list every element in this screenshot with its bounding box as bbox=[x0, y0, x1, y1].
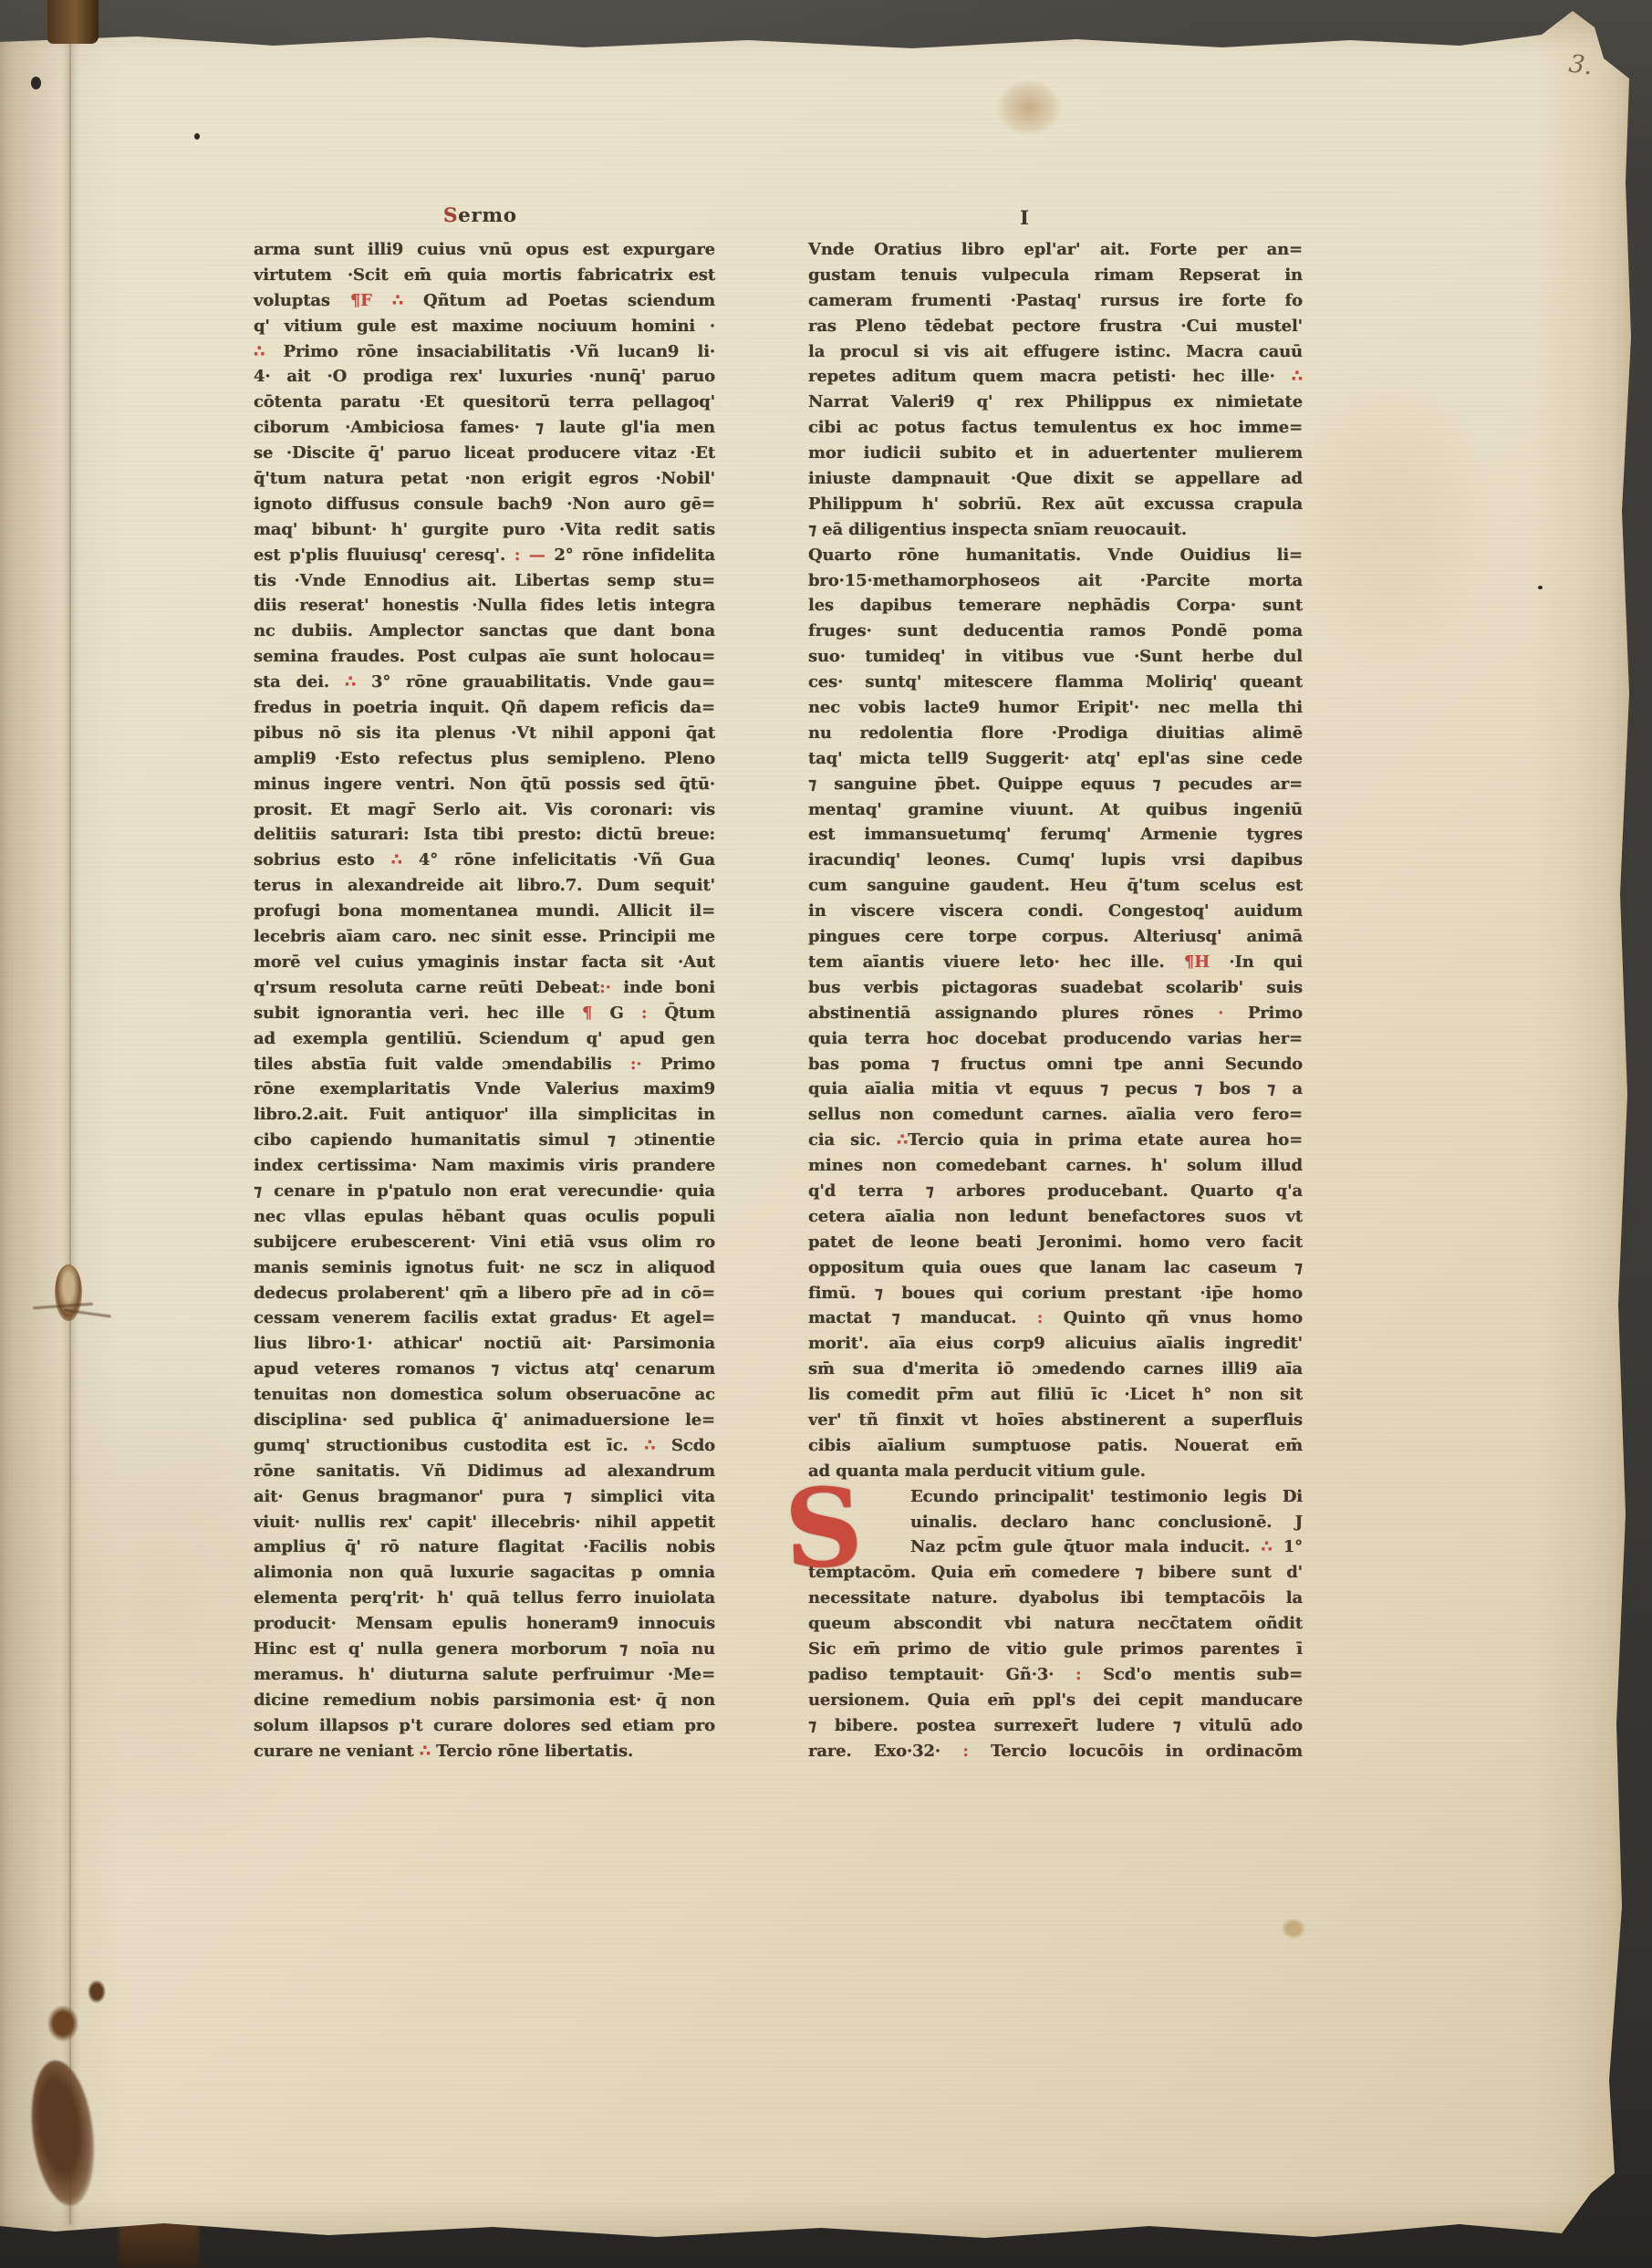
text-segment: ⁊ cenare in p'patulo non erat verecundie… bbox=[254, 1181, 715, 1201]
text-segment: 4° rōne infelicitatis ·Vñ Gua bbox=[402, 850, 715, 869]
text-segment: fruges· sunt deducentia ramos Pondē poma bbox=[808, 621, 1303, 640]
text-segment: bro·15·methamorphoseos ait ·Parcite mort… bbox=[808, 571, 1303, 590]
text-segment: tem aīantis viuere leto· hec ille. bbox=[808, 952, 1184, 972]
text-line: queum abscondit vbi natura necc̄tatem oñ… bbox=[808, 1611, 1303, 1637]
text-segment: pingues cere torpe corpus. Alteriusq' an… bbox=[808, 927, 1303, 946]
text-segment: necessitate nature. dyabolus ibi temptac… bbox=[808, 1588, 1303, 1607]
binding-crease bbox=[69, 38, 71, 2224]
text-segment: : — bbox=[514, 546, 545, 565]
text-line: ampli9 ·Esto refectus plus semipleno. Pl… bbox=[254, 746, 715, 772]
running-head-sermo: Sermo bbox=[443, 204, 517, 227]
text-line: delitiis saturari: Ista tibi presto: dic… bbox=[254, 822, 715, 848]
text-column-right: S Vnde Oratius libro epl'ar' ait. Forte … bbox=[808, 237, 1303, 1763]
text-segment: ∴ bbox=[391, 850, 402, 869]
text-segment: ad exempla gentiliū. Sciendum q' apud ge… bbox=[254, 1029, 715, 1048]
text-segment: cetera aīalia non ledunt benefactores su… bbox=[808, 1207, 1303, 1226]
text-line: producit· Mensam epulis honeram9 innocui… bbox=[254, 1611, 715, 1637]
text-segment: Quarto rōne humanitatis. Vnde Ouidius li… bbox=[808, 546, 1303, 565]
text-line: viuit· nullis rex' capit' illecebris· ni… bbox=[254, 1510, 715, 1535]
text-segment: quia terra hoc docebat producendo varias… bbox=[808, 1029, 1303, 1048]
text-segment: q'rsum resoluta carne reūti Debeat bbox=[254, 978, 599, 997]
text-line: ∴ Primo rōne insaciabilitatis ·Vñ lucan9… bbox=[254, 339, 715, 365]
text-segment: profugi bona momentanea mundi. Allicit i… bbox=[254, 901, 715, 921]
text-line: morit'. aīa eius corp9 alicuius aīalis i… bbox=[808, 1331, 1303, 1357]
text-line: est p'plis fluuiusq' ceresq'. : — 2° rōn… bbox=[254, 543, 715, 568]
text-line: les dapibus temerare nephādis Corpa· sun… bbox=[808, 593, 1303, 619]
text-line: ad exempla gentiliū. Sciendum q' apud ge… bbox=[254, 1026, 715, 1052]
text-line: manis seminis ignotus fuit· ne scz in al… bbox=[254, 1255, 715, 1281]
text-segment: Primo bbox=[642, 1055, 716, 1074]
text-line: elementa perq'rit· h' quā tellus ferro i… bbox=[254, 1586, 715, 1611]
text-line: necessitate nature. dyabolus ibi temptac… bbox=[808, 1586, 1303, 1611]
text-segment: abstinentiā assignando plures rōnes bbox=[808, 1004, 1218, 1023]
text-segment: sm̄ sua d'merita iō ɔmedendo carnes illi… bbox=[808, 1359, 1303, 1378]
text-segment: ∴ bbox=[1261, 1537, 1272, 1556]
text-segment: nu redolentia flore ·Prodiga diuitias al… bbox=[808, 723, 1303, 743]
text-segment: oppositum quia oues que lanam lac caseum… bbox=[808, 1258, 1303, 1277]
foxing-spot bbox=[1282, 1919, 1305, 1939]
text-line: iracundiq' leones. Cumq' lupis vrsi dapi… bbox=[808, 848, 1303, 873]
text-segment: ampli9 ·Esto refectus plus semipleno. Pl… bbox=[254, 749, 715, 768]
text-line: prosit. Et magr̄ Serlo ait. Vis coronari… bbox=[254, 797, 715, 823]
text-segment: :· bbox=[630, 1055, 642, 1074]
text-line: pibus nō sis ita plenus ·Vt nihil apponi… bbox=[254, 721, 715, 746]
text-line: uinalis. declaro hanc conclusionē. J bbox=[808, 1510, 1303, 1535]
text-line: ⁊ cenare in p'patulo non erat verecundie… bbox=[254, 1179, 715, 1204]
text-segment: Primo bbox=[1223, 1004, 1303, 1023]
text-line: iniuste dampnauit ·Que dixit se appellar… bbox=[808, 466, 1303, 492]
text-segment: dedecus prolaberent' qm̄ a libero pr̄e a… bbox=[254, 1284, 715, 1303]
text-segment: lecebris aīam caro. nec sinit esse. Prin… bbox=[254, 927, 715, 946]
text-segment: q'd terra ⁊ arbores producebant. Quarto … bbox=[808, 1181, 1303, 1201]
text-line: semina fraudes. Post culpas aīe sunt hol… bbox=[254, 644, 715, 670]
text-segment: 1° bbox=[1273, 1537, 1303, 1556]
text-line: cibo capiendo humanitatis simul ⁊ ɔtinen… bbox=[254, 1128, 715, 1153]
text-line: ignoto diffusus consule bach9 ·Non auro … bbox=[254, 492, 715, 517]
text-segment: terus in alexandreide ait libro.7. Dum s… bbox=[254, 876, 715, 895]
gutter-stain bbox=[47, 2005, 78, 2042]
text-segment: patet de leone beati Jeronimi. homo vero… bbox=[808, 1233, 1303, 1252]
text-line: suo· tumideq' in vitibus vue ·Sunt herbe… bbox=[808, 644, 1303, 670]
text-segment: Quinto qñ vnus homo bbox=[1043, 1308, 1303, 1327]
text-segment: lius libro·1· athicar' noctiū ait· Parsi… bbox=[254, 1334, 715, 1353]
text-line: arma sunt illi9 cuius vnū opus est expur… bbox=[254, 237, 715, 263]
text-segment: inde boni bbox=[611, 978, 715, 997]
folio-number: 3. bbox=[1567, 50, 1594, 81]
text-segment: Vnde Oratius libro epl'ar' ait. Forte pe… bbox=[808, 240, 1303, 259]
text-segment: Naz pct̄m gule q̄tuor mala inducit. bbox=[910, 1537, 1261, 1556]
text-line: ver' tñ finxit vt hoīes abstinerent a su… bbox=[808, 1408, 1303, 1433]
text-segment: maq' bibunt· h' gurgite puro ·Vita redit… bbox=[254, 520, 715, 539]
text-line: la procul si vis ait effugere istinc. Ma… bbox=[808, 339, 1303, 365]
text-segment: dicine remedium nobis parsimonia est· q̄… bbox=[254, 1691, 715, 1710]
text-segment: queum abscondit vbi natura necc̄tatem oñ… bbox=[808, 1614, 1303, 1633]
text-segment: cum sanguine gaudent. Heu q̄'tum scelus … bbox=[808, 876, 1303, 895]
text-line: q'rsum resoluta carne reūti Debeat:· ind… bbox=[254, 975, 715, 1001]
running-head-numeral: I bbox=[1020, 207, 1030, 230]
text-line: sobrius esto ∴ 4° rōne infelicitatis ·Vñ… bbox=[254, 848, 715, 873]
text-segment: mactat ⁊ manducat. bbox=[808, 1308, 1037, 1327]
text-segment: ∴ bbox=[420, 1742, 431, 1761]
text-segment: sobrius esto bbox=[254, 850, 391, 869]
text-line: q' vitium gule est maxime nociuum homini… bbox=[254, 314, 715, 339]
text-line: Sic em̄ primo de vitio gule primos paren… bbox=[808, 1637, 1303, 1662]
wormhole bbox=[194, 133, 200, 140]
text-segment: in viscere viscera condi. Congestoq' aui… bbox=[808, 901, 1303, 921]
text-line: ait· Genus bragmanor' pura ⁊ simplici vi… bbox=[254, 1484, 715, 1510]
text-line: tenuitas non domestica solum obseruacōne… bbox=[254, 1382, 715, 1408]
text-segment: suo· tumideq' in vitibus vue ·Sunt herbe… bbox=[808, 647, 1303, 666]
text-segment: temptacōm. Quia em̄ comedere ⁊ bibere su… bbox=[808, 1563, 1303, 1582]
text-segment: ⁊ bibere. postea surrexer̄t ludere ⁊ vit… bbox=[808, 1716, 1303, 1735]
text-segment: mor iudicii subito et in aduertenter mul… bbox=[808, 443, 1303, 463]
text-segment: nc dubiis. Amplector sanctas que dant bo… bbox=[254, 621, 715, 640]
text-line: lis comedit pr̄m aut filiū īc ·Licet h° … bbox=[808, 1382, 1303, 1408]
text-line: lius libro·1· athicar' noctiū ait· Parsi… bbox=[254, 1331, 715, 1357]
text-line: Naz pct̄m gule q̄tuor mala inducit. ∴ 1° bbox=[808, 1535, 1303, 1560]
text-line: gustam tenuis vulpecula rimam Repserat i… bbox=[808, 263, 1303, 288]
text-line: maq' bibunt· h' gurgite puro ·Vita redit… bbox=[254, 517, 715, 543]
text-segment: curare ne veniant bbox=[254, 1742, 420, 1761]
text-line: dedecus prolaberent' qm̄ a libero pr̄e a… bbox=[254, 1281, 715, 1306]
text-segment: sellus non comedunt carnes. aīalia vero … bbox=[808, 1105, 1303, 1124]
text-line: sm̄ sua d'merita iō ɔmedendo carnes illi… bbox=[808, 1357, 1303, 1382]
text-segment: q̄'tum natura petat ·non erigit egros ·N… bbox=[254, 469, 715, 488]
text-line: amplius q̄' rō nature flagitat ·Facilis … bbox=[254, 1535, 715, 1560]
text-line: ad quanta mala perducit vitium gule. bbox=[808, 1459, 1303, 1484]
text-line: tis ·Vnde Ennodius ait. Libertas semp st… bbox=[254, 568, 715, 594]
text-line: taq' micta tell9 Suggerit· atq' epl'as s… bbox=[808, 746, 1303, 772]
text-segment: tis ·Vnde Ennodius ait. Libertas semp st… bbox=[254, 571, 715, 590]
text-segment: Tercio rōne libertatis. bbox=[431, 1742, 633, 1761]
text-segment: Sic em̄ primo de vitio gule primos paren… bbox=[808, 1639, 1303, 1659]
text-segment: elementa perq'rit· h' quā tellus ferro i… bbox=[254, 1588, 715, 1607]
text-segment: rōne exemplaritatis Vnde Valerius maxim9 bbox=[254, 1079, 715, 1098]
text-segment: subijcere erubescerent· Vini etiā vsus o… bbox=[254, 1233, 715, 1252]
text-segment: G bbox=[592, 1004, 640, 1023]
text-segment: ·In qui bbox=[1210, 952, 1303, 972]
text-line: ⁊ bibere. postea surrexer̄t ludere ⁊ vit… bbox=[808, 1713, 1303, 1739]
text-segment: index certissima· Nam maximis viris pran… bbox=[254, 1156, 715, 1175]
text-line: q'd terra ⁊ arbores producebant. Quarto … bbox=[808, 1179, 1303, 1204]
text-line: rare. Exo·32· : Tercio locucōis in ordin… bbox=[808, 1739, 1303, 1764]
text-line: curare ne veniant ∴ Tercio rōne libertat… bbox=[254, 1739, 715, 1764]
text-segment: les dapibus temerare nephādis Corpa· sun… bbox=[808, 596, 1303, 615]
text-line: oppositum quia oues que lanam lac caseum… bbox=[808, 1255, 1303, 1281]
text-line: cōtenta paratu ·Et quesitorū terra pella… bbox=[254, 390, 715, 415]
text-segment: pibus nō sis ita plenus ·Vt nihil apponi… bbox=[254, 723, 715, 743]
text-line: padiso temptauit· Gñ·3· : Scd'o mentis s… bbox=[808, 1662, 1303, 1688]
text-segment: taq' micta tell9 Suggerit· atq' epl'as s… bbox=[808, 749, 1303, 768]
text-line: temptacōm. Quia em̄ comedere ⁊ bibere su… bbox=[808, 1560, 1303, 1586]
text-segment: ras Pleno tēdebat pectore frustra ·Cui m… bbox=[808, 317, 1303, 336]
text-segment: fredus in poetria inquit. Qñ dapem refic… bbox=[254, 698, 715, 717]
text-segment: semina fraudes. Post culpas aīe sunt hol… bbox=[254, 647, 715, 666]
text-line: diis reserat' honestis ·Nulla fides leti… bbox=[254, 593, 715, 619]
text-line: Vnde Oratius libro epl'ar' ait. Forte pe… bbox=[808, 237, 1303, 263]
text-line: abstinentiā assignando plures rōnes · Pr… bbox=[808, 1001, 1303, 1026]
text-segment: solum illapsos p't curare dolores sed et… bbox=[254, 1716, 715, 1735]
text-line: mactat ⁊ manducat. : Quinto qñ vnus homo bbox=[808, 1306, 1303, 1331]
text-segment: ¶H bbox=[1184, 952, 1210, 972]
text-line: Ecundo principalit' testimonio legis Di bbox=[808, 1484, 1303, 1510]
text-line: in viscere viscera condi. Congestoq' aui… bbox=[808, 899, 1303, 924]
text-line: cibis aīalium sumptuose patis. Nouerat e… bbox=[808, 1433, 1303, 1459]
text-segment: ⁊ sanguine p̄bet. Quippe equus ⁊ pecudes… bbox=[808, 775, 1303, 794]
text-segment: mentaq' gramine viuunt. At quibus ingeni… bbox=[808, 800, 1303, 819]
text-segment: disciplina· sed publica q̄' animaduersio… bbox=[254, 1410, 715, 1430]
text-line: libro.2.ait. Fuit antiquor' illa simplic… bbox=[254, 1102, 715, 1128]
text-segment: meramus. h' diuturna salute perfruimur ·… bbox=[254, 1665, 715, 1684]
gutter-stain bbox=[88, 1980, 106, 2003]
text-line: Philippum h' sobriū. Rex aūt excussa cra… bbox=[808, 492, 1303, 517]
text-segment: 2° rōne infidelita bbox=[545, 546, 715, 565]
text-line: fredus in poetria inquit. Qñ dapem refic… bbox=[254, 695, 715, 721]
text-line: ces· suntq' mitescere flamma Moliriq' qu… bbox=[808, 670, 1303, 695]
text-segment: producit· Mensam epulis honeram9 innocui… bbox=[254, 1614, 715, 1633]
text-segment: lis comedit pr̄m aut filiū īc ·Licet h° … bbox=[808, 1385, 1303, 1404]
text-line: mines non comedebant carnes. h' solum il… bbox=[808, 1153, 1303, 1179]
text-line: ⁊ sanguine p̄bet. Quippe equus ⁊ pecudes… bbox=[808, 772, 1303, 797]
text-line: rōne sanitatis. Vñ Didimus ad alexandrum bbox=[254, 1459, 715, 1484]
text-line: cia sic. ∴Tercio quia in prima etate aur… bbox=[808, 1128, 1303, 1153]
text-line: cibi ac potus factus temulentus ex hoc i… bbox=[808, 415, 1303, 441]
text-line: bus verbis pictagoras suadebat scolarib'… bbox=[808, 975, 1303, 1001]
text-segment: Narrat Valeri9 q' rex Philippus ex nimie… bbox=[808, 392, 1303, 411]
text-line: Quarto rōne humanitatis. Vnde Ouidius li… bbox=[808, 543, 1303, 568]
text-line: pingues cere torpe corpus. Alteriusq' an… bbox=[808, 924, 1303, 950]
text-segment: morē vel cuius ymaginis instar facta sit… bbox=[254, 952, 715, 972]
text-segment: fimū. ⁊ boues qui corium prestant ·ip̄e … bbox=[808, 1284, 1303, 1303]
text-segment: Philippum h' sobriū. Rex aūt excussa cra… bbox=[808, 494, 1303, 514]
text-line: morē vel cuius ymaginis instar facta sit… bbox=[254, 950, 715, 975]
text-column-left: arma sunt illi9 cuius vnū opus est expur… bbox=[254, 237, 715, 1763]
text-line: meramus. h' diuturna salute perfruimur ·… bbox=[254, 1662, 715, 1688]
page-leaf: 3. Sermo I arma sunt illi9 cuius vnū opu… bbox=[0, 0, 1652, 2268]
text-line: mentaq' gramine viuunt. At quibus ingeni… bbox=[808, 797, 1303, 823]
text-segment: cibo capiendo humanitatis simul ⁊ ɔtinen… bbox=[254, 1130, 715, 1150]
text-segment: ermo bbox=[458, 204, 517, 227]
text-segment: 4· ait ·O prodiga rex' luxuries ·nunq̄' … bbox=[254, 367, 715, 386]
text-line: ras Pleno tēdebat pectore frustra ·Cui m… bbox=[808, 314, 1303, 339]
text-segment: padiso temptauit· Gñ·3· bbox=[808, 1665, 1075, 1684]
text-segment: ¶ bbox=[582, 1004, 592, 1023]
text-segment: rare. Exo·32· bbox=[808, 1742, 962, 1761]
text-segment: ⁊ eā diligentius inspecta snīam reuocaui… bbox=[808, 520, 1187, 539]
text-line: solum illapsos p't curare dolores sed et… bbox=[254, 1713, 715, 1739]
text-segment: Q̄tum bbox=[647, 1004, 715, 1023]
text-segment: Hinc est q' nulla genera morborum ⁊ noīa… bbox=[254, 1639, 715, 1659]
text-segment: cibis aīalium sumptuose patis. Nouerat e… bbox=[808, 1436, 1303, 1455]
text-segment: diis reserat' honestis ·Nulla fides leti… bbox=[254, 596, 715, 615]
text-segment: 3° rōne grauabilitatis. Vnde gau= bbox=[356, 672, 715, 692]
text-line: mor iudicii subito et in aduertenter mul… bbox=[808, 441, 1303, 466]
text-line: minus ingere ventri. Non q̄tū possis sed… bbox=[254, 772, 715, 797]
text-line: fimū. ⁊ boues qui corium prestant ·ip̄e … bbox=[808, 1281, 1303, 1306]
text-segment: subit ignorantia veri. hec ille bbox=[254, 1004, 582, 1023]
text-segment: morit'. aīa eius corp9 alicuius aīalis i… bbox=[808, 1334, 1303, 1353]
text-line: nec vllas epulas hēbant quas oculis popu… bbox=[254, 1204, 715, 1230]
text-segment: minus ingere ventri. Non q̄tū possis sed… bbox=[254, 775, 715, 794]
text-line: ⁊ eā diligentius inspecta snīam reuocaui… bbox=[808, 517, 1303, 543]
text-segment: est p'plis fluuiusq' ceresq'. bbox=[254, 546, 514, 565]
text-segment: gumq' structionibus custodita est īc. bbox=[254, 1436, 644, 1455]
text-segment: ∴ bbox=[644, 1436, 655, 1455]
text-line: patet de leone beati Jeronimi. homo vero… bbox=[808, 1230, 1303, 1255]
text-line: subit ignorantia veri. hec ille ¶ G : Q̄… bbox=[254, 1001, 715, 1026]
text-segment: amplius q̄' rō nature flagitat ·Facilis … bbox=[254, 1537, 715, 1556]
text-segment: libro.2.ait. Fuit antiquor' illa simplic… bbox=[254, 1105, 715, 1124]
text-segment: Qñtum ad Poetas sciendum bbox=[403, 291, 715, 310]
text-segment: cessam venerem facilis extat gradus· Et … bbox=[254, 1308, 715, 1327]
text-line: gumq' structionibus custodita est īc. ∴ … bbox=[254, 1433, 715, 1459]
text-segment: ∴ bbox=[254, 342, 284, 361]
text-segment: iniuste dampnauit ·Que dixit se appellar… bbox=[808, 469, 1303, 488]
text-line: rōne exemplaritatis Vnde Valerius maxim9 bbox=[254, 1077, 715, 1102]
wormhole bbox=[31, 77, 41, 89]
text-segment: Tercio locucōis in ordinacōm bbox=[969, 1742, 1303, 1761]
text-line: cum sanguine gaudent. Heu q̄'tum scelus … bbox=[808, 873, 1303, 899]
text-line: tiles abstīa fuit valde ɔmendabilis :· P… bbox=[254, 1052, 715, 1077]
text-segment: quia aīalia mitia vt equus ⁊ pecus ⁊ bos… bbox=[808, 1079, 1303, 1098]
text-line: subijcere erubescerent· Vini etiā vsus o… bbox=[254, 1230, 715, 1255]
text-segment: est immansuetumq' ferumq' Armenie tygres bbox=[808, 825, 1303, 844]
text-line: q̄'tum natura petat ·non erigit egros ·N… bbox=[254, 466, 715, 492]
text-line: tem aīantis viuere leto· hec ille. ¶H ·I… bbox=[808, 950, 1303, 975]
text-segment: ignoto diffusus consule bach9 ·Non auro … bbox=[254, 494, 715, 514]
text-segment: S bbox=[443, 204, 458, 227]
text-segment: :· bbox=[599, 978, 611, 997]
text-line: nec vobis lacte9 humor Eripit'· nec mell… bbox=[808, 695, 1303, 721]
text-segment: ∴ bbox=[345, 672, 356, 692]
text-segment: cia sic. bbox=[808, 1130, 897, 1150]
text-segment: delitiis saturari: Ista tibi presto: dic… bbox=[254, 825, 715, 844]
text-line: apud veteres romanos ⁊ victus atq' cenar… bbox=[254, 1357, 715, 1382]
text-line: cessam venerem facilis extat gradus· Et … bbox=[254, 1306, 715, 1331]
binding-stub bbox=[47, 0, 99, 44]
text-segment: rōne sanitatis. Vñ Didimus ad alexandrum bbox=[254, 1462, 715, 1481]
text-segment: voluptas bbox=[254, 291, 350, 310]
text-segment: iracundiq' leones. Cumq' lupis vrsi dapi… bbox=[808, 850, 1303, 869]
text-segment: sta dei. bbox=[254, 672, 345, 692]
text-segment: q' vitium gule est maxime nociuum homini… bbox=[254, 317, 715, 336]
text-segment: uersionem. Quia em̄ ppl's dei cepit mand… bbox=[808, 1691, 1303, 1710]
text-line: se ·Discite q̄' paruo liceat producere v… bbox=[254, 441, 715, 466]
text-line: disciplina· sed publica q̄' animaduersio… bbox=[254, 1408, 715, 1433]
text-line: voluptas ¶F ∴ Qñtum ad Poetas sciendum bbox=[254, 288, 715, 314]
text-line: est immansuetumq' ferumq' Armenie tygres bbox=[808, 822, 1303, 848]
text-line: ciborum ·Ambiciosa fames· ⁊ laute gl'ia … bbox=[254, 415, 715, 441]
text-segment: ∴ bbox=[897, 1130, 908, 1150]
text-line: cetera aīalia non ledunt benefactores su… bbox=[808, 1204, 1303, 1230]
text-line: uersionem. Quia em̄ ppl's dei cepit mand… bbox=[808, 1688, 1303, 1713]
text-segment: nec vllas epulas hēbant quas oculis popu… bbox=[254, 1207, 715, 1226]
text-line: 4· ait ·O prodiga rex' luxuries ·nunq̄' … bbox=[254, 364, 715, 390]
text-line: Hinc est q' nulla genera morborum ⁊ noīa… bbox=[254, 1637, 715, 1662]
text-segment: bus verbis pictagoras suadebat scolarib'… bbox=[808, 978, 1303, 997]
text-segment: prosit. Et magr̄ Serlo ait. Vis coronari… bbox=[254, 800, 715, 819]
text-line: sellus non comedunt carnes. aīalia vero … bbox=[808, 1102, 1303, 1128]
text-segment: ∴ bbox=[1292, 367, 1303, 386]
text-segment: ciborum ·Ambiciosa fames· ⁊ laute gl'ia … bbox=[254, 418, 715, 437]
text-line: bro·15·methamorphoseos ait ·Parcite mort… bbox=[808, 568, 1303, 594]
text-segment: bas poma ⁊ fructus omni tpe anni Secundo bbox=[808, 1055, 1303, 1074]
text-line: Narrat Valeri9 q' rex Philippus ex nimie… bbox=[808, 390, 1303, 415]
drop-cap-initial: S bbox=[783, 1473, 864, 1584]
text-line: quia aīalia mitia vt equus ⁊ pecus ⁊ bos… bbox=[808, 1077, 1303, 1102]
text-segment: Scd'o mentis sub= bbox=[1082, 1665, 1304, 1684]
text-line: index certissima· Nam maximis viris pran… bbox=[254, 1153, 715, 1179]
text-line: terus in alexandreide ait libro.7. Dum s… bbox=[254, 873, 715, 899]
text-segment: ver' tñ finxit vt hoīes abstinerent a su… bbox=[808, 1410, 1303, 1430]
speck bbox=[1538, 586, 1543, 589]
text-segment: la procul si vis ait effugere istinc. Ma… bbox=[808, 342, 1303, 361]
text-segment: gustam tenuis vulpecula rimam Repserat i… bbox=[808, 265, 1303, 285]
text-segment: manis seminis ignotus fuit· ne scz in al… bbox=[254, 1258, 715, 1277]
text-segment: viuit· nullis rex' capit' illecebris· ni… bbox=[254, 1513, 715, 1532]
text-segment: alimonia non quā luxurie sagacitas p omn… bbox=[254, 1563, 715, 1582]
text-line: sta dei. ∴ 3° rōne grauabilitatis. Vnde … bbox=[254, 670, 715, 695]
text-line: fruges· sunt deducentia ramos Pondē poma bbox=[808, 619, 1303, 644]
text-segment: uinalis. declaro hanc conclusionē. J bbox=[910, 1513, 1303, 1532]
text-segment: se ·Discite q̄' paruo liceat producere v… bbox=[254, 443, 715, 463]
text-segment: cibi ac potus factus temulentus ex hoc i… bbox=[808, 418, 1303, 437]
text-segment: cōtenta paratu ·Et quesitorū terra pella… bbox=[254, 392, 715, 411]
text-segment: mines non comedebant carnes. h' solum il… bbox=[808, 1156, 1303, 1175]
text-segment: apud veteres romanos ⁊ victus atq' cenar… bbox=[254, 1359, 715, 1378]
text-segment: ait· Genus bragmanor' pura ⁊ simplici vi… bbox=[254, 1487, 715, 1506]
text-segment: ces· suntq' mitescere flamma Moliriq' qu… bbox=[808, 672, 1303, 692]
text-line: profugi bona momentanea mundi. Allicit i… bbox=[254, 899, 715, 924]
text-segment: tenuitas non domestica solum obseruacōne… bbox=[254, 1385, 715, 1404]
text-segment: nec vobis lacte9 humor Eripit'· nec mell… bbox=[808, 698, 1303, 717]
text-line: lecebris aīam caro. nec sinit esse. Prin… bbox=[254, 924, 715, 950]
gutter-stain bbox=[24, 2057, 101, 2210]
text-line: alimonia non quā luxurie sagacitas p omn… bbox=[254, 1560, 715, 1586]
text-segment: tiles abstīa fuit valde ɔmendabilis bbox=[254, 1055, 630, 1074]
text-segment: arma sunt illi9 cuius vnū opus est expur… bbox=[254, 240, 715, 259]
text-segment: ¶F ∴ bbox=[350, 291, 403, 310]
text-segment: Tercio quia in prima etate aurea ho= bbox=[908, 1130, 1303, 1150]
text-segment: virtutem ·Scit em̄ quia mortis fabricatr… bbox=[254, 265, 715, 285]
text-line: quia terra hoc docebat producendo varias… bbox=[808, 1026, 1303, 1052]
text-segment: repetes aditum quem macra petisti· hec i… bbox=[808, 367, 1292, 386]
text-line: cameram frumenti ·Pastaq' rursus ire for… bbox=[808, 288, 1303, 314]
text-line: nu redolentia flore ·Prodiga diuitias al… bbox=[808, 721, 1303, 746]
text-line: bas poma ⁊ fructus omni tpe anni Secundo bbox=[808, 1052, 1303, 1077]
book-scan: 3. Sermo I arma sunt illi9 cuius vnū opu… bbox=[0, 0, 1652, 2268]
text-segment: Scdo bbox=[656, 1436, 715, 1455]
text-segment: Primo rōne insaciabilitatis ·Vñ lucan9 l… bbox=[284, 342, 715, 361]
text-segment: Ecundo principalit' testimonio legis Di bbox=[910, 1487, 1303, 1506]
text-line: nc dubiis. Amplector sanctas que dant bo… bbox=[254, 619, 715, 644]
text-line: dicine remedium nobis parsimonia est· q̄… bbox=[254, 1688, 715, 1713]
text-segment: cameram frumenti ·Pastaq' rursus ire for… bbox=[808, 291, 1303, 310]
text-line: virtutem ·Scit em̄ quia mortis fabricatr… bbox=[254, 263, 715, 288]
text-line: repetes aditum quem macra petisti· hec i… bbox=[808, 364, 1303, 390]
